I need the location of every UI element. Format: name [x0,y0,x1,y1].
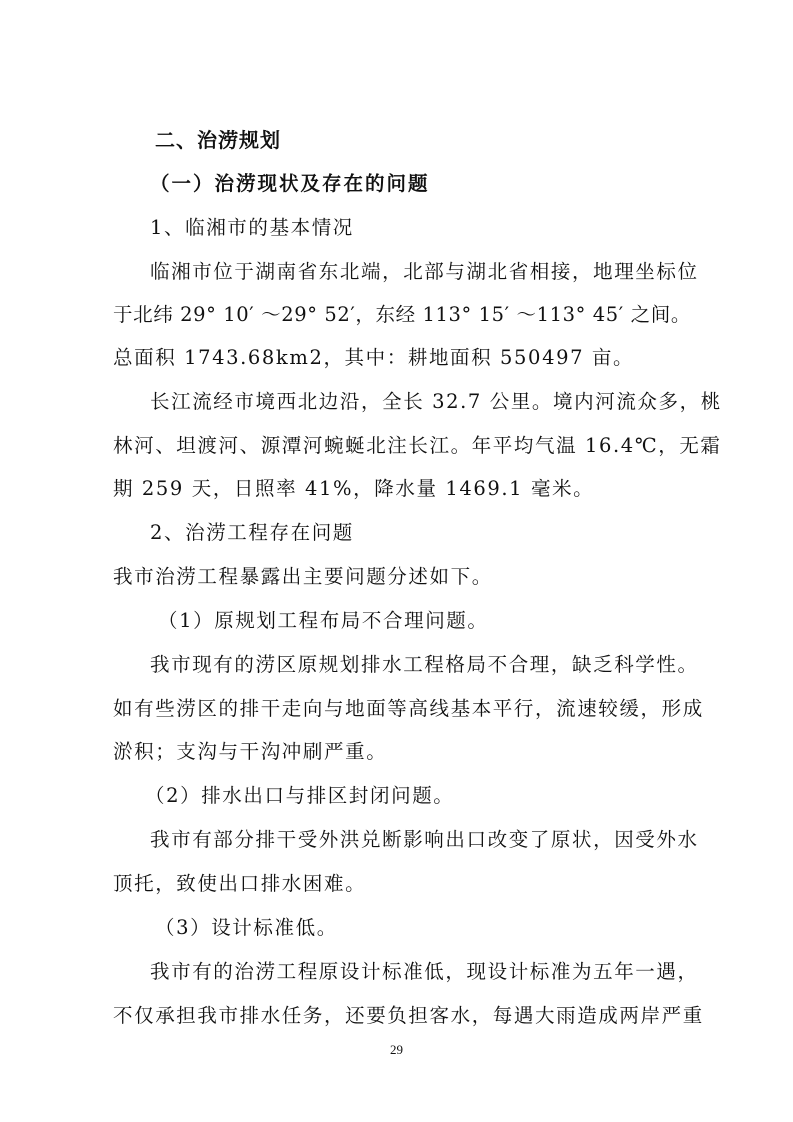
problem1-line: 淤积；支沟与干沟冲刷严重。 [113,739,387,765]
item2-heading: 2、治涝工程存在问题 [150,520,354,546]
para2-line: 期 259 天，日照率 41%，降水量 1469.1 毫米。 [113,476,594,502]
subsection-heading: （一）治涝现状及存在的问题 [150,171,430,197]
problem2-heading: （2）排水出口与排区封闭问题。 [145,783,454,809]
para1-line: 总面积 1743.68km2，其中：耕地面积 550497 亩。 [113,345,634,371]
para2-line: 长江流经市境西北边沿，全长 32.7 公里。境内河流众多，桃 [150,389,722,415]
problem3-heading: （3）设计标准低。 [155,915,338,941]
intro-line: 我市治涝工程暴露出主要问题分述如下。 [113,564,493,590]
problem3-line: 我市有的治涝工程原设计标准低，现设计标准为五年一遇， [150,959,699,985]
problem1-line: 我市现有的涝区原规划排水工程格局不合理，缺乏科学性。 [150,652,699,678]
problem1-heading: （1）原规划工程布局不合理问题。 [158,608,489,634]
problem2-line: 我市有部分排干受外洪兑断影响出口改变了原状，因受外水 [150,827,699,853]
page-number: 29 [0,1042,793,1058]
para2-line: 林河、坦渡河、源潭河蜿蜒北注长江。年平均气温 16.4℃，无霜 [113,433,722,459]
problem3-line: 不仅承担我市排水任务，还要负担客水，每遇大雨造成两岸严重 [113,1003,704,1029]
para1-line: 于北纬 29° 10′ ～29° 52′，东经 113° 15′ ～113° 4… [113,302,691,328]
section-heading: 二、治涝规划 [155,127,281,153]
problem2-line: 顶托，致使出口排水困难。 [113,871,366,897]
problem1-line: 如有些涝区的排干走向与地面等高线基本平行，流速较缓，形成 [113,696,704,722]
item1-heading: 1、临湘市的基本情况 [150,215,354,241]
para1-line: 临湘市位于湖南省东北端，北部与湖北省相接，地理坐标位 [150,259,699,285]
